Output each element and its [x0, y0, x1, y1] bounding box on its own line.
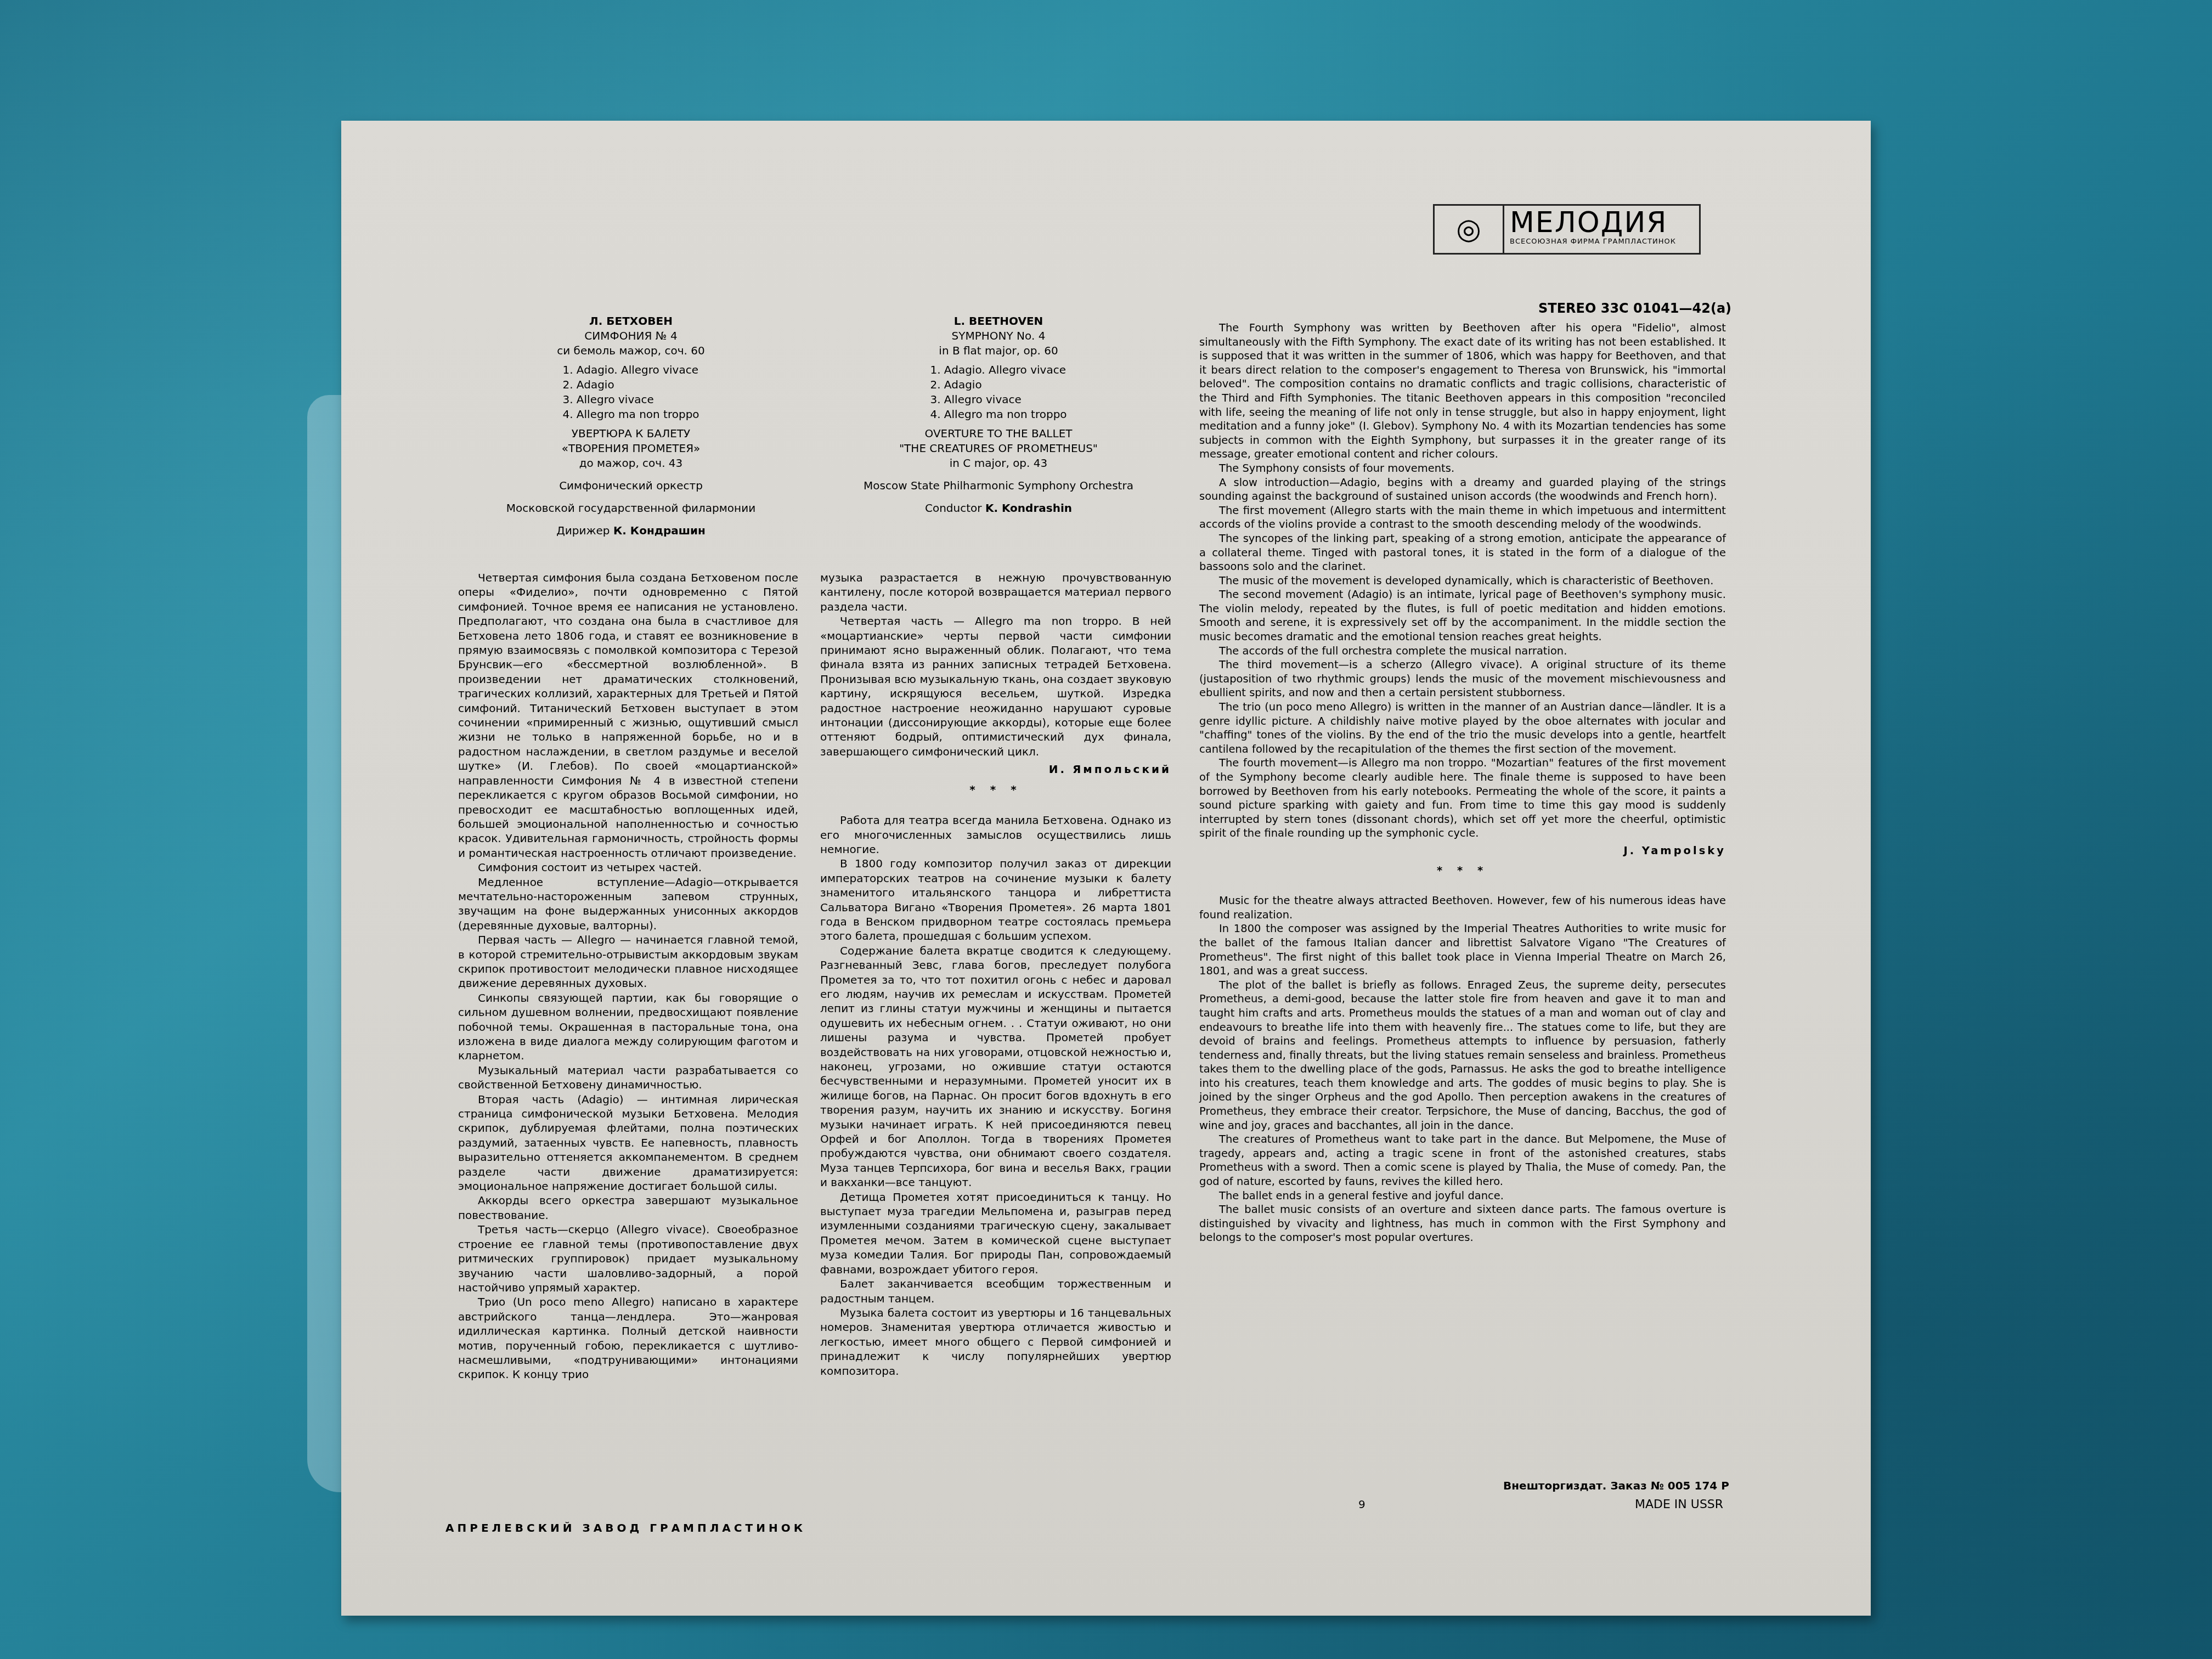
orchestra-en: Moscow State Philharmonic Symphony Orche… — [817, 478, 1180, 493]
order-number: Внешторгиздат. Заказ № 005 174 Р — [1503, 1479, 1729, 1492]
paragraph: The plot of the ballet is briefly as fol… — [1199, 978, 1726, 1133]
paragraph: Работа для театра всегда манила Бетховен… — [820, 813, 1171, 856]
conductor-en: Conductor K. Kondrashin — [817, 501, 1180, 516]
made-in: MADE IN USSR — [1635, 1498, 1723, 1511]
work2-key-ru: до мажор, соч. 43 — [455, 456, 806, 471]
melodiya-record-icon: ◎ — [1435, 206, 1504, 253]
paragraph: A slow introduction—Adagio, begins with … — [1199, 476, 1726, 504]
work1-key-en: in B flat major, op. 60 — [817, 343, 1180, 358]
work1-title-en: SYMPHONY No. 4 — [817, 329, 1180, 343]
paragraph: Детища Прометея хотят присоединиться к т… — [820, 1190, 1171, 1277]
paragraph: Первая часть — Allegro — начинается глав… — [458, 933, 798, 991]
paragraph: The ballet ends in a general festive and… — [1199, 1189, 1726, 1203]
conductor-ru: Дирижер К. Кондрашин — [455, 523, 806, 538]
track: 2. Adagio — [930, 377, 1066, 392]
work2-subtitle-en: "THE CREATURES OF PROMETHEUS" — [817, 441, 1180, 456]
catalog-number: STEREO 33C 01041—42(a) — [1538, 301, 1731, 316]
page-number: 9 — [1358, 1498, 1365, 1511]
tracklist-ru: 1. Adagio. Allegro vivace 2. Adagio 3. A… — [562, 363, 699, 422]
paragraph: The creatures of Prometheus want to take… — [1199, 1132, 1726, 1188]
paragraph: Третья часть—скерцо (Allegro vivace). Св… — [458, 1222, 798, 1295]
orchestra-ru-2: Московской государственной филармонии — [455, 501, 806, 516]
factory-name: АПРЕЛЕВСКИЙ ЗАВОД ГРАМПЛАСТИНОК — [445, 1521, 806, 1534]
paragraph: Музыкальный материал части разрабатывает… — [458, 1063, 798, 1092]
paragraph: музыка разрастается в нежную прочувствов… — [820, 571, 1171, 614]
paragraph: The Symphony consists of four movements. — [1199, 461, 1726, 476]
russian-signature: И. Ямпольский — [820, 762, 1171, 776]
paragraph: Трио (Un poco meno Allegro) написано в х… — [458, 1295, 798, 1381]
paragraph: Синкопы связующей партии, как бы говорящ… — [458, 991, 798, 1063]
tracklist-en: 1. Adagio. Allegro vivace 2. Adagio 3. A… — [930, 363, 1066, 422]
paragraph: The trio (un poco meno Allegro) is writt… — [1199, 700, 1726, 756]
paragraph: Содержание балета вкратце сводится к сле… — [820, 944, 1171, 1190]
paragraph: The ballet music consists of an overture… — [1199, 1203, 1726, 1245]
paragraph: Вторая часть (Adagio) — интимная лиричес… — [458, 1092, 798, 1194]
paragraph: Четвертая симфония была создана Бетховен… — [458, 571, 798, 860]
paragraph: Симфония состоит из четырех частей. — [458, 860, 798, 874]
track: 4. Allegro ma non troppo — [930, 407, 1066, 422]
russian-notes-col1: Четвертая симфония была создана Бетховен… — [458, 571, 798, 1382]
work1-title-ru: СИМФОНИЯ № 4 — [455, 329, 806, 343]
separator: * * * — [1199, 864, 1726, 878]
paragraph: The fourth movement—is Allegro ma non tr… — [1199, 756, 1726, 840]
paragraph: The third movement—is a scherzo (Allegro… — [1199, 658, 1726, 700]
work2-title-en: OVERTURE TO THE BALLET — [817, 426, 1180, 441]
english-header: L. BEETHOVEN SYMPHONY No. 4 in B flat ma… — [817, 314, 1180, 516]
composer-ru: Л. БЕТХОВЕН — [455, 314, 806, 329]
paragraph: Music for the theatre always attracted B… — [1199, 894, 1726, 922]
english-signature: J. Yampolsky — [1199, 844, 1726, 858]
work1-key-ru: си бемоль мажор, соч. 60 — [455, 343, 806, 358]
work2-subtitle-ru: «ТВОРЕНИЯ ПРОМЕТЕЯ» — [455, 441, 806, 456]
track: 4. Allegro ma non troppo — [562, 407, 699, 422]
paragraph: In 1800 the composer was assigned by the… — [1199, 922, 1726, 978]
work2-key-en: in C major, op. 43 — [817, 456, 1180, 471]
paragraph: The syncopes of the linking part, speaki… — [1199, 532, 1726, 574]
paragraph: Аккорды всего оркестра завершают музыкал… — [458, 1193, 798, 1222]
track: 3. Allegro vivace — [562, 392, 699, 407]
paragraph: Балет заканчивается всеобщим торжественн… — [820, 1277, 1171, 1306]
russian-notes-col2: музыка разрастается в нежную прочувствов… — [820, 571, 1171, 1378]
track: 1. Adagio. Allegro vivace — [930, 363, 1066, 377]
paragraph: Медленное вступление—Adagio—открывается … — [458, 875, 798, 933]
track: 1. Adagio. Allegro vivace — [562, 363, 699, 377]
paragraph: The accords of the full orchestra comple… — [1199, 644, 1726, 658]
track: 3. Allegro vivace — [930, 392, 1066, 407]
paragraph: The Fourth Symphony was written by Beeth… — [1199, 321, 1726, 461]
english-notes: The Fourth Symphony was written by Beeth… — [1199, 321, 1726, 1245]
melodiya-logo: ◎ МЕЛОДИЯ ВСЕСОЮЗНАЯ ФИРМА ГРАМПЛАСТИНОК — [1433, 204, 1701, 255]
brand-subtitle: ВСЕСОЮЗНАЯ ФИРМА ГРАМПЛАСТИНОК — [1510, 238, 1694, 246]
orchestra-ru-1: Симфонический оркестр — [455, 478, 806, 493]
paragraph: Музыка балета состоит из увертюры и 16 т… — [820, 1306, 1171, 1378]
separator: * * * — [820, 782, 1171, 797]
track: 2. Adagio — [562, 377, 699, 392]
work2-title-ru: УВЕРТЮРА К БАЛЕТУ — [455, 426, 806, 441]
russian-header: Л. БЕТХОВЕН СИМФОНИЯ № 4 си бемоль мажор… — [455, 314, 806, 538]
paragraph: В 1800 году композитор получил заказ от … — [820, 856, 1171, 943]
brand-name: МЕЛОДИЯ — [1510, 208, 1694, 238]
composer-en: L. BEETHOVEN — [817, 314, 1180, 329]
paragraph: The music of the movement is developed d… — [1199, 574, 1726, 588]
paragraph: The second movement (Adagio) is an intim… — [1199, 588, 1726, 644]
paragraph: The first movement (Allegro starts with … — [1199, 504, 1726, 532]
paragraph: Четвертая часть — Allegro ma non troppo.… — [820, 614, 1171, 759]
